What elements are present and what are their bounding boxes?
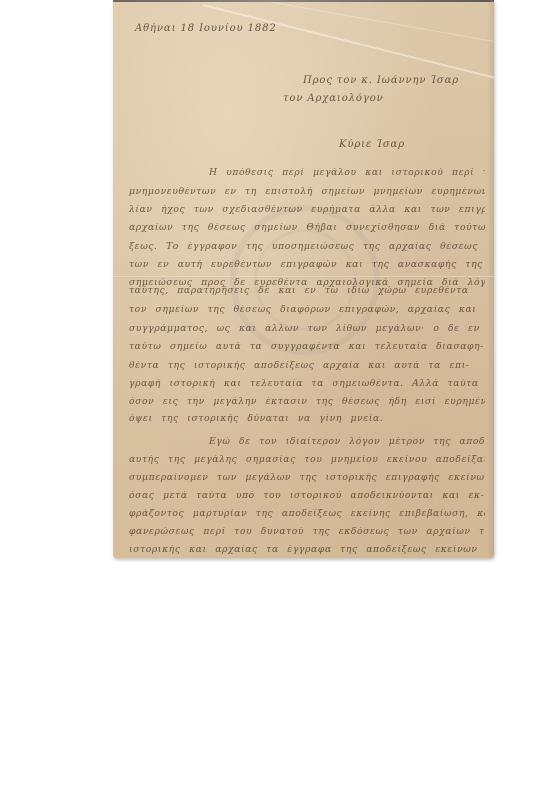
body-line: Εγώ δε τον ιδιαίτερον λόγον μέτρον της α… — [209, 437, 485, 446]
paper-crease — [273, 2, 494, 48]
body-line: Η υπόθεσις περί μεγάλου και ιστορικού πε… — [209, 168, 485, 177]
body-line: μνημονευθέντων εν τη επιστολή σημείων μν… — [129, 187, 485, 196]
body-line: ταύτης, παρατηρήσεις δε και εν τω ιδίω χ… — [129, 286, 485, 295]
salutation: Κύριε Ίσαρ — [339, 140, 405, 150]
letter-date: Αθήναι 18 Ιουνίου 1882 — [135, 24, 277, 34]
body-line: φανερώσεως περί του δυνατού της εκδόσεως… — [129, 527, 485, 536]
body-line: αυτής της μεγάλης σημασίας του μνημείου … — [129, 455, 485, 464]
body-line: ξεως. Το έγγραφον της υποσημειώσεως της … — [129, 242, 485, 251]
body-line: όψει της ιστορικής δύναται να γίνη μνεία… — [129, 414, 485, 423]
body-line: αρχαίων της θέσεως σημείων Θήβαι συνεχίσ… — [129, 223, 485, 232]
body-line: συμπεραίνομεν των μεγάλων της ιστορικής … — [129, 473, 485, 482]
recipient-name: Προς τον κ. Ιωάννην Ίσαρ — [303, 76, 459, 86]
body-line: γραφή ιστορική και τελευταία τα σημειωθέ… — [129, 379, 485, 388]
body-line: λίαν ήχος των σχεδιασθέντων ευρήματα άλλ… — [129, 205, 485, 214]
body-line: ιστορικής και αρχαίας τα έγγραφα της απο… — [129, 545, 485, 554]
page-edge-shadow — [487, 0, 494, 558]
body-line: όσον εις την μεγάλην έκτασιν της θέσεως … — [129, 397, 485, 406]
scan-edge — [113, 0, 494, 2]
body-line: συγγράμματος, ως και άλλων των λίθων μεγ… — [129, 324, 485, 333]
body-line: θέντα της ιστορικής αποδείξεως αρχαία κα… — [129, 361, 485, 370]
body-line: φράζοντος μαρτυρίαν της αποδείξεως εκείν… — [129, 509, 485, 518]
letter-page: Αθήναι 18 Ιουνίου 1882 Προς τον κ. Ιωάνν… — [113, 0, 494, 558]
document-viewer: Αθήναι 18 Ιουνίου 1882 Προς τον κ. Ιωάνν… — [0, 0, 549, 800]
recipient-title: τον Αρχαιολόγον — [283, 94, 384, 104]
body-line: ταύτω σημείω αυτά τα συγγραφέντα και τελ… — [129, 342, 485, 351]
body-line: των εν αυτή ευρεθέντων επιγραφών και της… — [129, 260, 485, 269]
body-line: όσας μετά ταύτα υπό του ιστορικού αποδει… — [129, 491, 485, 500]
body-line: τον σημείων της θέσεως διαφόρων επιγραφώ… — [129, 305, 485, 314]
